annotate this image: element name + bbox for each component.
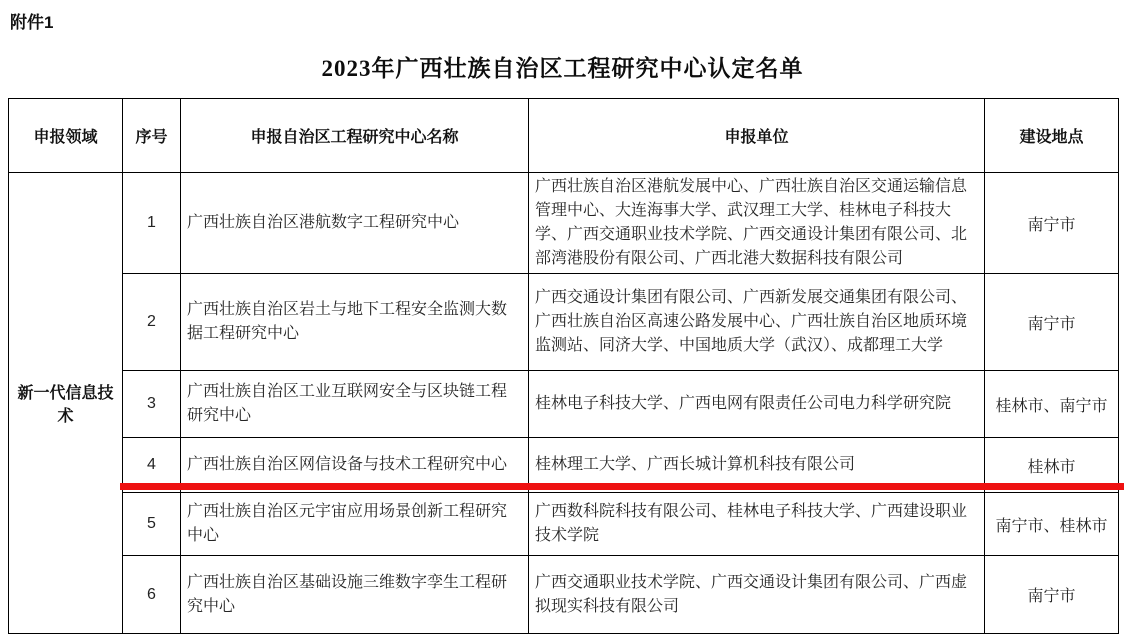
- serial-cell: 2: [123, 274, 181, 371]
- center-name-cell: 广西壮族自治区岩土与地下工程安全监测大数据工程研究中心: [181, 274, 529, 371]
- table-row: 5 广西壮族自治区元宇宙应用场景创新工程研究中心 广西数科院科技有限公司、桂林电…: [9, 493, 1119, 556]
- table-row: 2 广西壮族自治区岩土与地下工程安全监测大数据工程研究中心 广西交通设计集团有限…: [9, 274, 1119, 371]
- center-name-cell: 广西壮族自治区港航数字工程研究中心: [181, 173, 529, 274]
- header-row: 申报领域 序号 申报自治区工程研究中心名称 申报单位 建设地点: [9, 99, 1119, 173]
- applicants-cell: 广西交通设计集团有限公司、广西新发展交通集团有限公司、广西壮族自治区高速公路发展…: [529, 274, 985, 371]
- recognition-table: 申报领域 序号 申报自治区工程研究中心名称 申报单位 建设地点 新一代信息技术 …: [8, 98, 1119, 634]
- center-name-cell: 广西壮族自治区元宇宙应用场景创新工程研究中心: [181, 493, 529, 556]
- location-cell: 南宁市: [985, 274, 1119, 371]
- serial-cell: 3: [123, 371, 181, 438]
- location-cell: 南宁市: [985, 556, 1119, 634]
- applicants-cell: 桂林电子科技大学、广西电网有限责任公司电力科学研究院: [529, 371, 985, 438]
- serial-cell: 6: [123, 556, 181, 634]
- col-header-field: 申报领域: [9, 99, 123, 173]
- col-header-serial: 序号: [123, 99, 181, 173]
- serial-cell: 5: [123, 493, 181, 556]
- location-cell: 南宁市、桂林市: [985, 493, 1119, 556]
- attachment-label: 附件1: [10, 8, 53, 33]
- applicants-cell: 广西壮族自治区港航发展中心、广西壮族自治区交通运输信息管理中心、大连海事大学、武…: [529, 173, 985, 274]
- center-name-cell: 广西壮族自治区工业互联网安全与区块链工程研究中心: [181, 371, 529, 438]
- col-header-location: 建设地点: [985, 99, 1119, 173]
- recognition-table-container: 申报领域 序号 申报自治区工程研究中心名称 申报单位 建设地点 新一代信息技术 …: [8, 98, 1118, 634]
- applicants-cell: 广西数科院科技有限公司、桂林电子科技大学、广西建设职业技术学院: [529, 493, 985, 556]
- serial-cell: 1: [123, 173, 181, 274]
- col-header-center-name: 申报自治区工程研究中心名称: [181, 99, 529, 173]
- table-row: 新一代信息技术 1 广西壮族自治区港航数字工程研究中心 广西壮族自治区港航发展中…: [9, 173, 1119, 274]
- center-name-cell: 广西壮族自治区基础设施三维数字孪生工程研究中心: [181, 556, 529, 634]
- applicants-cell: 广西交通职业技术学院、广西交通设计集团有限公司、广西虚拟现实科技有限公司: [529, 556, 985, 634]
- highlight-underline: [120, 483, 1124, 490]
- col-header-applicants: 申报单位: [529, 99, 985, 173]
- location-cell: 南宁市: [985, 173, 1119, 274]
- location-cell: 桂林市、南宁市: [985, 371, 1119, 438]
- table-row: 6 广西壮族自治区基础设施三维数字孪生工程研究中心 广西交通职业技术学院、广西交…: [9, 556, 1119, 634]
- table-row: 3 广西壮族自治区工业互联网安全与区块链工程研究中心 桂林电子科技大学、广西电网…: [9, 371, 1119, 438]
- field-cell: 新一代信息技术: [9, 173, 123, 634]
- page-title: 2023年广西壮族自治区工程研究中心认定名单: [0, 50, 1125, 83]
